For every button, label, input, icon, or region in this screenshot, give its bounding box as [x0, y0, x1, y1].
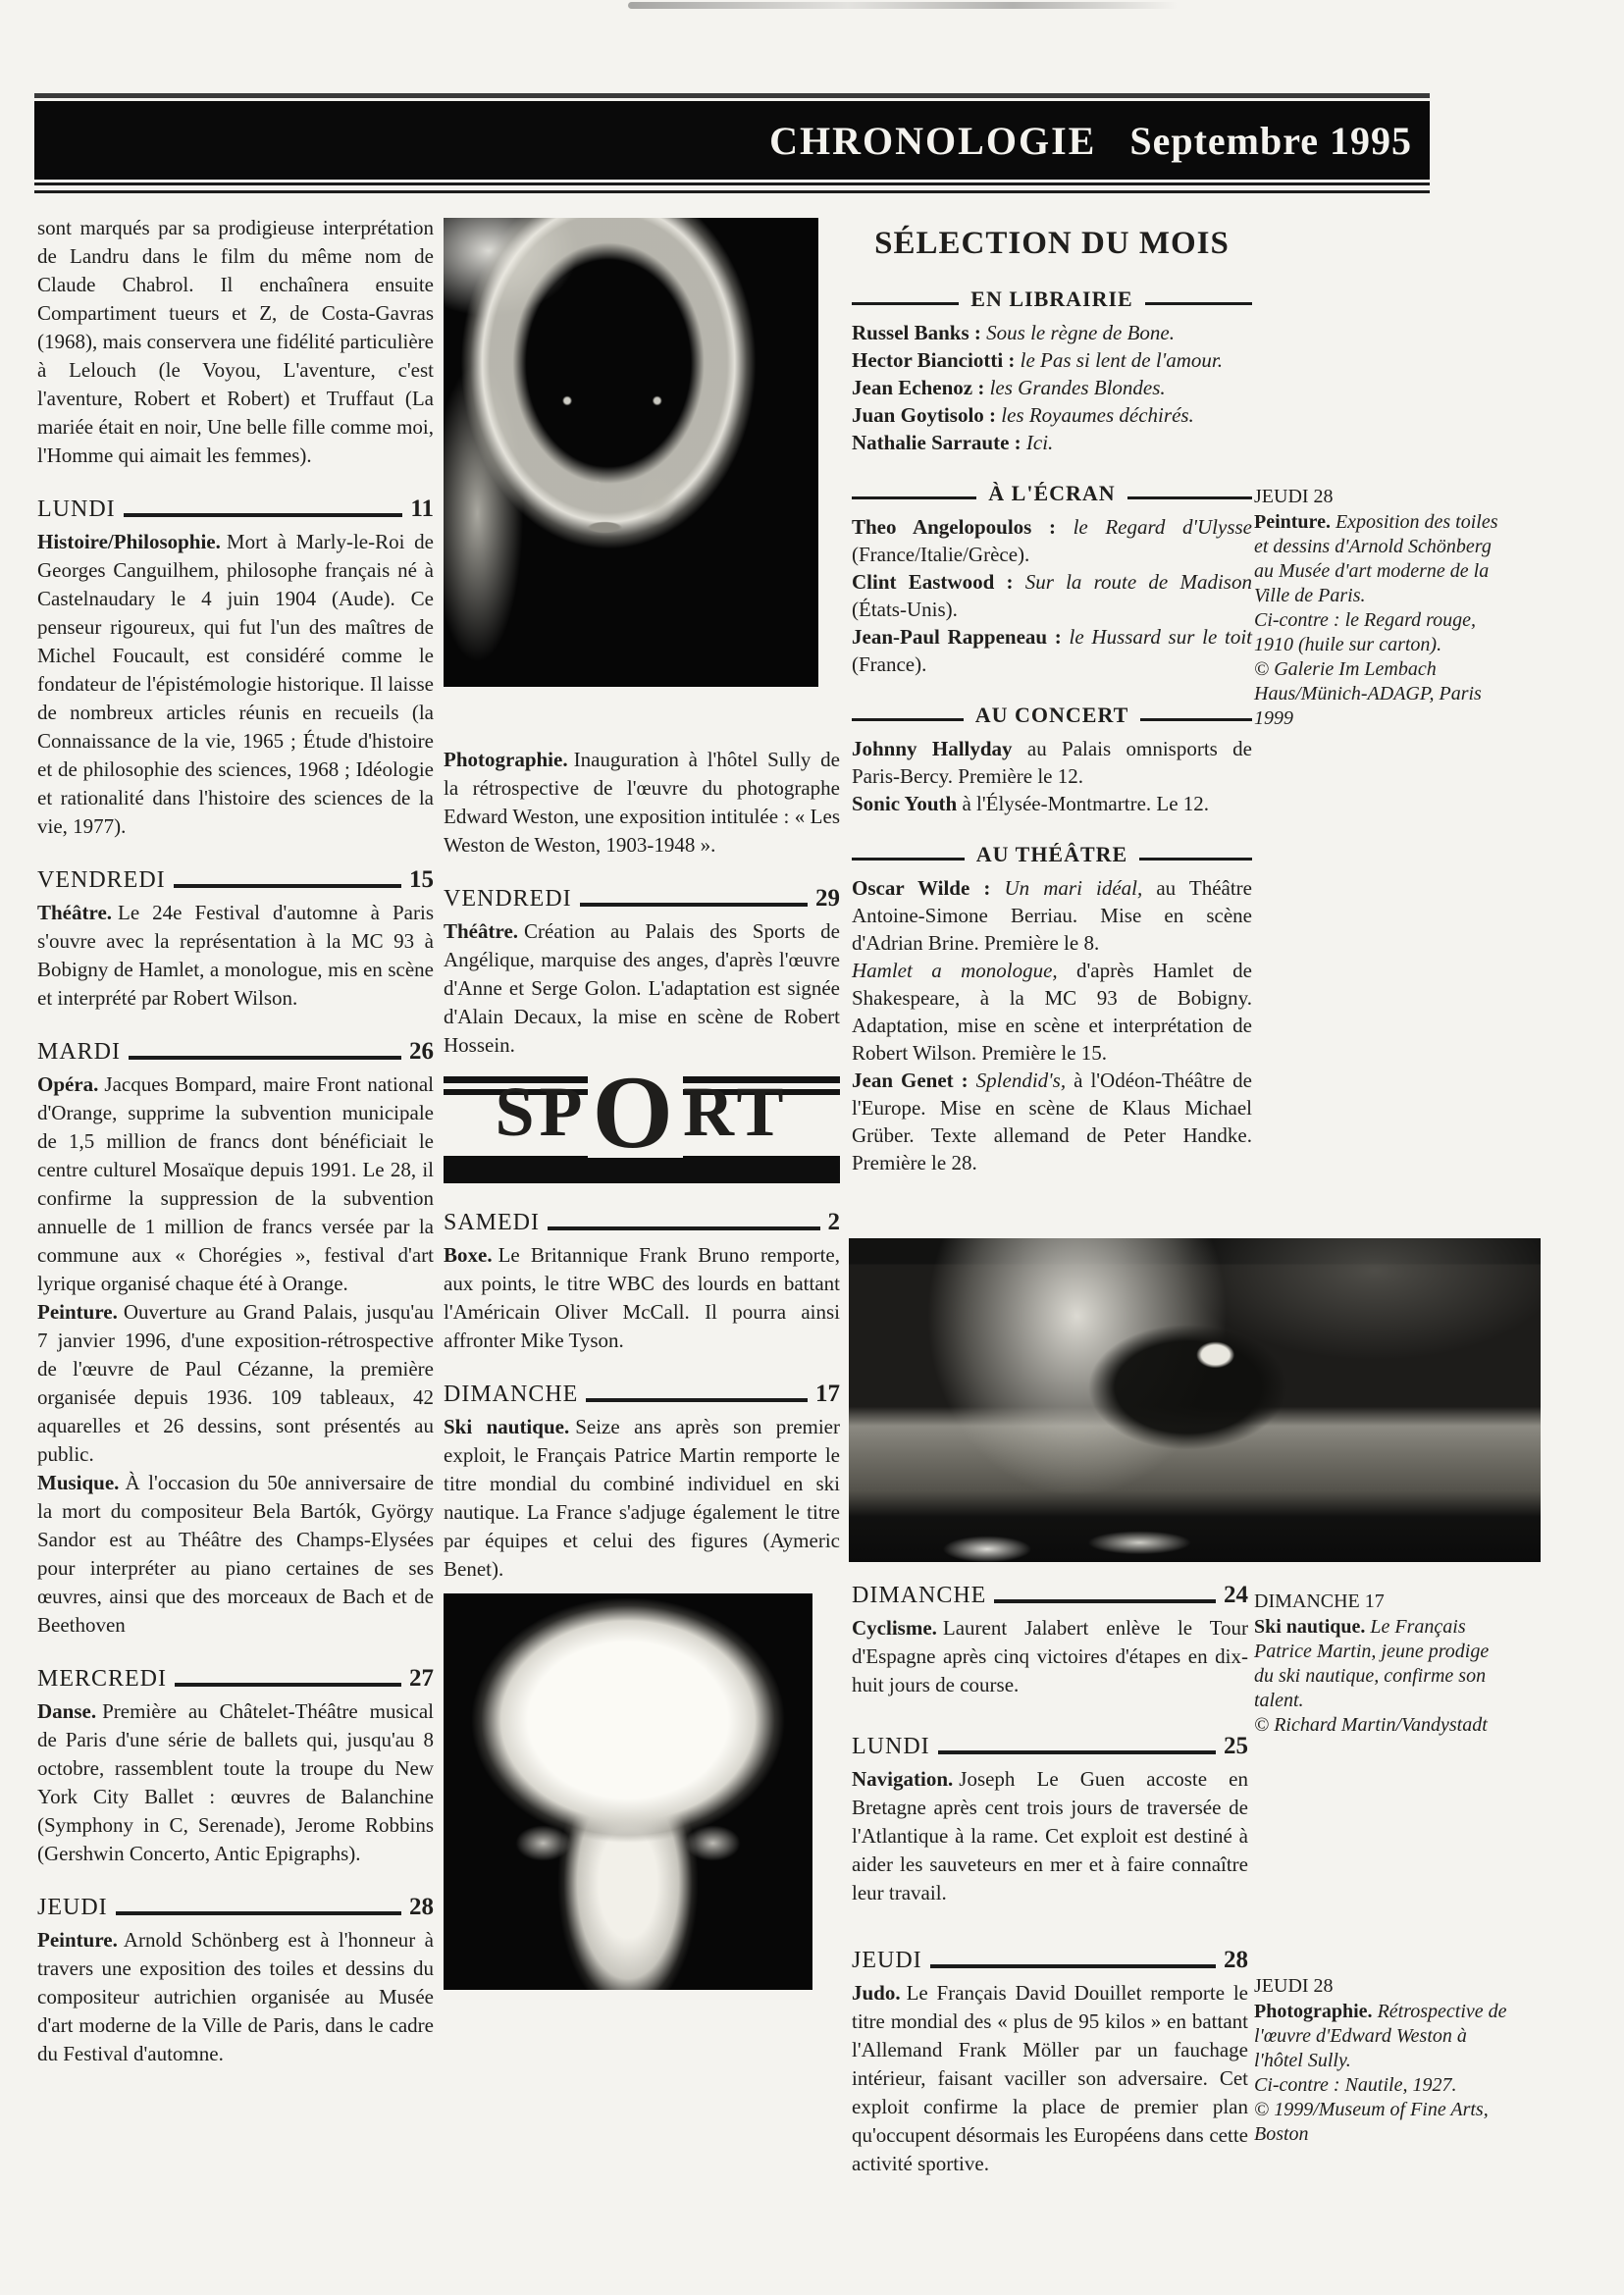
day-number: 11 — [410, 496, 434, 523]
day-section-lundi-25: LUNDI 25 Navigation.Joseph Le Guen accos… — [852, 1733, 1248, 1907]
caption-text: Rétrospective de l'œuvre d'Edward Weston… — [1254, 2001, 1507, 2145]
day-header: LUNDI 11 — [37, 496, 434, 523]
day-header: MERCREDI 27 — [37, 1665, 434, 1693]
day-entry: Navigation.Joseph Le Guen accoste en Bre… — [852, 1765, 1248, 1907]
magazine-page: CHRONOLOGIE Septembre 1995 sont marqués … — [0, 0, 1624, 2295]
list-item: Johnny Hallyday au Palais omnisports de … — [852, 735, 1252, 790]
day-number: 29 — [815, 885, 840, 913]
heading-rule-left — [852, 496, 976, 499]
entry-lead: Théâtre. — [444, 919, 518, 943]
item-rest: (France/Italie/Grèce). — [852, 543, 1029, 566]
scan-artifact — [628, 2, 1178, 9]
heading-label: EN LIBRAIRIE — [970, 287, 1132, 312]
caption-day: JEUDI 28 — [1254, 1974, 1507, 1999]
list-item: Hamlet a monologue, d'après Hamlet de Sh… — [852, 957, 1252, 1067]
day-section-vendredi-15: VENDREDI 15 Théâtre.Le 24e Festival d'au… — [37, 866, 434, 1013]
entry-text: Le Britannique Frank Bruno remporte, aux… — [444, 1243, 840, 1352]
sport-title-left: SP — [496, 1072, 588, 1151]
section-heading-theatre: AU THÉÂTRE — [852, 842, 1252, 867]
list-item: Nathalie Sarraute : Ici. — [852, 429, 1252, 456]
sport-title-o: O — [588, 1068, 683, 1158]
column-sport-right: DIMANCHE 24 Cyclisme.Laurent Jalabert en… — [852, 1582, 1248, 2178]
photo-caption-entry: Photographie.Inauguration à l'hôtel Sull… — [444, 746, 840, 860]
entry-lead: Judo. — [852, 1981, 901, 2005]
day-header: VENDREDI 29 — [444, 885, 840, 913]
day-label: DIMANCHE — [444, 1382, 578, 1408]
sport-section-banner: SPORT — [444, 1071, 840, 1183]
day-header: DIMANCHE 24 — [852, 1582, 1248, 1609]
day-rule — [175, 1683, 401, 1687]
heading-rule-left — [852, 302, 959, 305]
entry-lead: Théâtre. — [37, 901, 112, 924]
list-item: Russel Banks : Sous le règne de Bone. — [852, 319, 1252, 346]
caption-body: Peinture. Exposition des toiles et dessi… — [1254, 510, 1507, 731]
section-heading-ecran: À L'ÉCRAN — [852, 481, 1252, 506]
entry-text: Le Français David Douillet remporte le t… — [852, 1981, 1248, 2175]
item-title: Splendid's, — [969, 1069, 1066, 1092]
day-header: JEUDI 28 — [852, 1947, 1248, 1974]
day-label: JEUDI — [852, 1948, 922, 1974]
day-entry: Danse.Première au Châtelet-Théâtre music… — [37, 1697, 434, 1868]
nautilus-photo — [444, 1593, 812, 1990]
day-label: LUNDI — [37, 496, 116, 523]
day-header: MARDI 26 — [37, 1038, 434, 1066]
column-selection: SÉLECTION DU MOIS EN LIBRAIRIE Russel Ba… — [852, 226, 1252, 1176]
caption-lead: Ski nautique. — [1254, 1616, 1365, 1638]
day-number: 27 — [409, 1665, 434, 1693]
caption-text: Exposition des toiles et dessins d'Arnol… — [1254, 511, 1498, 729]
item-title: les Royaumes déchirés. — [996, 403, 1194, 427]
caption-lead: Photographie. — [1254, 2001, 1373, 2022]
caption-nautile: JEUDI 28 Photographie. Rétrospective de … — [1254, 1974, 1507, 2147]
day-section-jeudi-28-judo: JEUDI 28 Judo.Le Français David Douillet… — [852, 1947, 1248, 2178]
day-entry: Cyclisme.Laurent Jalabert enlève le Tour… — [852, 1614, 1248, 1699]
day-number: 15 — [409, 866, 434, 894]
entry-lead: Danse. — [37, 1699, 96, 1723]
list-item: Jean-Paul Rappeneau : le Hussard sur le … — [852, 623, 1252, 678]
entry-lead: Peinture. — [37, 1928, 118, 1952]
day-label: VENDREDI — [37, 867, 166, 894]
list-item: Hector Bianciotti : le Pas si lent de l'… — [852, 346, 1252, 374]
day-label: DIMANCHE — [852, 1583, 986, 1609]
day-section-lundi-11: LUNDI 11 Histoire/Philosophie.Mort à Mar… — [37, 496, 434, 841]
column-left: sont marqués par sa prodigieuse interpré… — [37, 214, 434, 2068]
day-label: LUNDI — [852, 1734, 930, 1760]
day-entry: Musique.À l'occasion du 50e anniversaire… — [37, 1469, 434, 1640]
day-label: MERCREDI — [37, 1666, 167, 1693]
caption-regard-rouge: JEUDI 28 Peinture. Exposition des toiles… — [1254, 485, 1507, 731]
heading-rule-left — [852, 718, 964, 721]
day-number: 17 — [815, 1381, 840, 1408]
day-rule — [994, 1599, 1216, 1603]
heading-rule-right — [1145, 302, 1252, 305]
day-number: 2 — [828, 1209, 841, 1236]
day-number: 28 — [1224, 1947, 1248, 1974]
item-author: Juan Goytisolo : — [852, 403, 996, 427]
day-rule — [116, 1911, 401, 1915]
caption-lead: Peinture. — [1254, 511, 1331, 533]
day-section-dimanche-17: DIMANCHE 17 Ski nautique.Seize ans après… — [444, 1381, 840, 1584]
list-item: Clint Eastwood : Sur la route de Madison… — [852, 568, 1252, 623]
day-section-jeudi-28: JEUDI 28 Peinture.Arnold Schönberg est à… — [37, 1894, 434, 2068]
day-header: LUNDI 25 — [852, 1733, 1248, 1760]
header-top-rule — [34, 93, 1430, 98]
waterski-photo — [849, 1238, 1541, 1562]
entry-text: Ouverture au Grand Palais, jusqu'au 7 ja… — [37, 1300, 434, 1466]
list-item: Theo Angelopoulos : le Regard d'Ulysse (… — [852, 513, 1252, 568]
item-title: le Hussard sur le toit — [1062, 625, 1252, 649]
day-section-mercredi-27: MERCREDI 27 Danse.Première au Châtelet-T… — [37, 1665, 434, 1868]
day-number: 28 — [409, 1894, 434, 1921]
day-rule — [930, 1964, 1216, 1968]
day-entry: Théâtre.Le 24e Festival d'automne à Pari… — [37, 899, 434, 1013]
day-section-vendredi-29: VENDREDI 29 Théâtre.Création au Palais d… — [444, 885, 840, 1060]
day-header: DIMANCHE 17 — [444, 1381, 840, 1408]
header-double-rule — [34, 183, 1430, 193]
item-rest: (France). — [852, 652, 926, 676]
day-rule — [548, 1226, 819, 1230]
day-entry: Peinture.Arnold Schönberg est à l'honneu… — [37, 1926, 434, 2068]
page-header: CHRONOLOGIE Septembre 1995 — [34, 101, 1430, 180]
item-title: le Regard d'Ulysse — [1056, 515, 1252, 539]
selection-title: SÉLECTION DU MOIS — [852, 226, 1252, 262]
entry-lead: Photographie. — [444, 748, 568, 771]
day-section-mardi-26: MARDI 26 Opéra.Jacques Bompard, maire Fr… — [37, 1038, 434, 1640]
entry-lead: Musique. — [37, 1471, 119, 1494]
list-item: Juan Goytisolo : les Royaumes déchirés. — [852, 401, 1252, 429]
heading-rule-left — [852, 858, 965, 861]
caption-day: DIMANCHE 17 — [1254, 1590, 1507, 1614]
day-entry: Ski nautique.Seize ans après son premier… — [444, 1413, 840, 1584]
item-author: Sonic Youth — [852, 792, 957, 815]
caption-body: Ski nautique. Le Français Patrice Martin… — [1254, 1615, 1507, 1738]
entry-text: Jacques Bompard, maire Front national d'… — [37, 1072, 434, 1295]
item-author: Clint Eastwood : — [852, 570, 1013, 594]
day-entry: Boxe.Le Britannique Frank Bruno remporte… — [444, 1241, 840, 1355]
day-header: JEUDI 28 — [37, 1894, 434, 1921]
list-item: Jean Echenoz : les Grandes Blondes. — [852, 374, 1252, 401]
entry-lead: Histoire/Philosophie. — [37, 530, 221, 553]
day-rule — [580, 903, 808, 907]
intro-paragraph: sont marqués par sa prodigieuse interpré… — [37, 214, 434, 470]
item-title: Ici. — [1022, 431, 1054, 454]
item-rest: (États-Unis). — [852, 598, 958, 621]
section-heading-librairie: EN LIBRAIRIE — [852, 287, 1252, 312]
day-rule — [124, 513, 403, 517]
sport-title-right: RT — [683, 1072, 789, 1151]
day-label: VENDREDI — [444, 886, 572, 913]
item-rest: à l'Élysée-Montmartre. Le 12. — [957, 792, 1209, 815]
heading-rule-right — [1140, 718, 1252, 721]
page-title: CHRONOLOGIE — [769, 118, 1096, 164]
day-section-samedi-2: SAMEDI 2 Boxe.Le Britannique Frank Bruno… — [444, 1209, 840, 1355]
day-header: SAMEDI 2 — [444, 1209, 840, 1236]
issue-date: Septembre 1995 — [1129, 118, 1412, 164]
item-title: Hamlet a monologue, — [852, 959, 1058, 982]
item-author: Nathalie Sarraute : — [852, 431, 1022, 454]
day-rule — [586, 1398, 808, 1402]
list-item: Sonic Youth à l'Élysée-Montmartre. Le 12… — [852, 790, 1252, 817]
entry-lead: Peinture. — [37, 1300, 118, 1324]
caption-body: Photographie. Rétrospective de l'œuvre d… — [1254, 2000, 1507, 2147]
day-entry: Histoire/Philosophie.Mort à Marly-le-Roi… — [37, 528, 434, 841]
day-entry: Judo.Le Français David Douillet remporte… — [852, 1979, 1248, 2178]
entry-lead: Opéra. — [37, 1072, 98, 1096]
day-rule — [129, 1056, 401, 1060]
entry-text: À l'occasion du 50e anniversaire de la m… — [37, 1471, 434, 1637]
day-number: 24 — [1224, 1582, 1248, 1609]
day-rule — [174, 884, 401, 888]
day-header: VENDREDI 15 — [37, 866, 434, 894]
entry-lead: Boxe. — [444, 1243, 493, 1267]
day-section-dimanche-24: DIMANCHE 24 Cyclisme.Laurent Jalabert en… — [852, 1582, 1248, 1699]
item-author: Russel Banks : — [852, 321, 981, 344]
caption-day: JEUDI 28 — [1254, 485, 1507, 509]
heading-label: AU CONCERT — [975, 703, 1129, 728]
entry-text: Seize ans après son premier exploit, le … — [444, 1415, 840, 1581]
item-title: le Pas si lent de l'amour. — [1015, 348, 1223, 372]
entry-lead: Ski nautique. — [444, 1415, 569, 1438]
item-author: Theo Angelopoulos : — [852, 515, 1056, 539]
day-rule — [938, 1750, 1216, 1754]
item-title: les Grandes Blondes. — [984, 376, 1165, 399]
painting-photo-regard-rouge — [444, 218, 818, 687]
day-entry: Peinture.Ouverture au Grand Palais, jusq… — [37, 1298, 434, 1469]
heading-rule-right — [1139, 858, 1252, 861]
sport-title: SPORT — [496, 1071, 789, 1158]
list-item: Jean Genet : Splendid's, à l'Odéon-Théât… — [852, 1067, 1252, 1176]
day-entry: Opéra.Jacques Bompard, maire Front natio… — [37, 1070, 434, 1298]
list-item: Oscar Wilde : Un mari idéal, au Théâtre … — [852, 874, 1252, 957]
item-author: Jean Echenoz : — [852, 376, 984, 399]
entry-lead: Navigation. — [852, 1767, 953, 1791]
entry-text: Première au Châtelet-Théâtre musical de … — [37, 1699, 434, 1865]
column-middle: Photographie.Inauguration à l'hôtel Sull… — [444, 218, 840, 1990]
item-author: Jean-Paul Rappeneau : — [852, 625, 1062, 649]
item-title: Un mari idéal, — [990, 876, 1142, 900]
item-author: Johnny Hallyday — [852, 737, 1013, 760]
heading-rule-right — [1127, 496, 1252, 499]
caption-ski-nautique: DIMANCHE 17 Ski nautique. Le Français Pa… — [1254, 1590, 1507, 1738]
section-heading-concert: AU CONCERT — [852, 703, 1252, 728]
day-label: JEUDI — [37, 1895, 108, 1921]
heading-label: À L'ÉCRAN — [988, 481, 1115, 506]
day-number: 25 — [1224, 1733, 1248, 1760]
item-author: Jean Genet : — [852, 1069, 969, 1092]
day-number: 26 — [409, 1038, 434, 1066]
item-author: Oscar Wilde : — [852, 876, 990, 900]
entry-text: Mort à Marly-le-Roi de Georges Canguilhe… — [37, 530, 434, 838]
day-label: MARDI — [37, 1039, 121, 1066]
entry-lead: Cyclisme. — [852, 1616, 937, 1640]
item-title: Sous le règne de Bone. — [981, 321, 1175, 344]
day-entry: Théâtre.Création au Palais des Sports de… — [444, 917, 840, 1060]
day-label: SAMEDI — [444, 1210, 540, 1236]
item-author: Hector Bianciotti : — [852, 348, 1015, 372]
item-title: Sur la route de Madison — [1013, 570, 1252, 594]
heading-label: AU THÉÂTRE — [976, 842, 1127, 867]
